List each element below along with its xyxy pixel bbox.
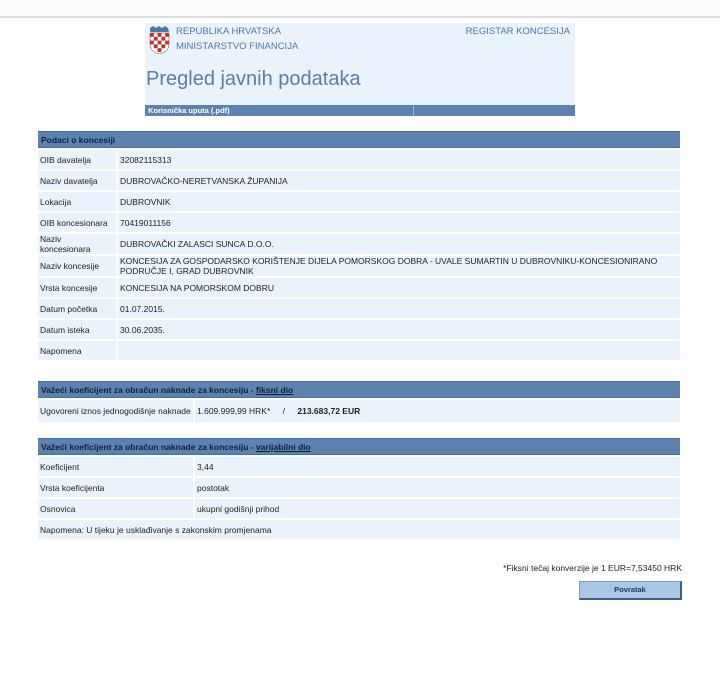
coat-of-arms-icon <box>149 26 170 54</box>
table-row: Koeficijent3,44 <box>38 457 680 476</box>
row-label: OIB koncesionara <box>38 213 118 232</box>
table-row: LokacijaDUBROVNIK <box>38 192 680 211</box>
browser-top-bar <box>0 0 720 18</box>
row-label: Datum početka <box>38 299 118 318</box>
table-row: Napomena <box>38 341 680 360</box>
row-value: 3,44 <box>195 457 680 476</box>
table-row: Naziv koncesionaraDUBROVAČKI ZALASCI SUN… <box>38 234 680 254</box>
row-label: OIB davatelja <box>38 150 118 169</box>
row-label: Datum isteka <box>38 320 118 339</box>
page-title: Pregled javnih podataka <box>146 68 361 91</box>
row-value <box>118 341 680 360</box>
row-value: DUBROVNIK <box>118 192 680 211</box>
table-row: Osnovicaukupni godišnji prihod <box>38 499 680 518</box>
row-value: 32082115313 <box>118 150 680 169</box>
row-label: Naziv davatelja <box>38 171 118 190</box>
variable-part-link[interactable]: varijabilni dio <box>256 442 311 452</box>
table-row: Vrsta koeficijentapostotak <box>38 478 680 497</box>
fixed-fee-heading: Važeći koeficijent za obračun naknade za… <box>38 381 680 398</box>
row-value: 70419011156 <box>118 213 680 232</box>
row-value: KONCESIJA ZA GOSPODARSKO KORIŠTENJE DIJE… <box>118 256 680 276</box>
row-value: KONCESIJA NA POMORSKOM DOBRU <box>118 278 680 297</box>
back-button[interactable]: Povratak <box>579 581 682 600</box>
table-row: OIB koncesionara70419011156 <box>38 213 680 232</box>
registry-name: REGISTAR KONCESIJA <box>466 26 570 37</box>
org-name-line1: REPUBLIKA HRVATSKA <box>176 26 281 37</box>
row-label: Naziv koncesionara <box>38 234 118 254</box>
concession-data-table: Podaci o koncesiji OIB davatelja32082115… <box>38 129 680 362</box>
variable-fee-heading: Važeći koeficijent za obračun naknade za… <box>38 438 680 455</box>
variable-note: Napomena: U tijeku je usklađivanje s zak… <box>38 520 680 539</box>
table-row: Napomena: U tijeku je usklađivanje s zak… <box>38 520 680 539</box>
table-row: Vrsta koncesijeKONCESIJA NA POMORSKOM DO… <box>38 278 680 297</box>
amount-hrk: 1.609.999,99 HRK* <box>197 406 270 416</box>
user-manual-link[interactable]: Korisnička uputa (.pdf) <box>145 105 414 116</box>
page-header: REPUBLIKA HRVATSKA MINISTARSTVO FINANCIJ… <box>145 23 575 116</box>
row-label: Osnovica <box>38 499 195 518</box>
row-value: 01.07.2015. <box>118 299 680 318</box>
row-label: Vrsta koncesije <box>38 278 118 297</box>
row-value: 30.06.2035. <box>118 320 680 339</box>
row-value: DUBROVAČKI ZALASCI SUNCA D.O.O. <box>118 234 680 254</box>
row-label: Vrsta koeficijenta <box>38 478 195 497</box>
row-label: Naziv koncesije <box>38 256 118 276</box>
table-row: OIB davatelja32082115313 <box>38 150 680 169</box>
fixed-part-link[interactable]: fiksni dio <box>256 385 293 395</box>
row-label: Koeficijent <box>38 457 195 476</box>
row-label: Napomena <box>38 341 118 360</box>
variable-fee-table: Važeći koeficijent za obračun naknade za… <box>38 436 680 541</box>
table-row: Datum početka01.07.2015. <box>38 299 680 318</box>
org-name-line2: MINISTARSTVO FINANCIJA <box>176 41 298 52</box>
fixed-fee-label: Ugovoreni iznos jednogodišnje naknade <box>38 400 195 422</box>
fixed-fee-table: Važeći koeficijent za obračun naknade za… <box>38 379 680 424</box>
amount-eur: 213.683,72 EUR <box>297 406 360 416</box>
header-nav-bar: Korisnička uputa (.pdf) <box>145 105 575 116</box>
row-value: postotak <box>195 478 680 497</box>
table-row: Datum isteka30.06.2035. <box>38 320 680 339</box>
row-value: DUBROVAČKO-NERETVANSKA ŽUPANIJA <box>118 171 680 190</box>
table-row: Ugovoreni iznos jednogodišnje naknade 1.… <box>38 400 680 422</box>
row-value: ukupni godišnji prihod <box>195 499 680 518</box>
table-row: Naziv davateljaDUBROVAČKO-NERETVANSKA ŽU… <box>38 171 680 190</box>
row-label: Lokacija <box>38 192 118 211</box>
concession-data-heading: Podaci o koncesiji <box>38 131 680 148</box>
conversion-rate-note: *Fiksni tečaj konverzije je 1 EUR=7,5345… <box>503 563 682 573</box>
table-row: Naziv koncesijeKONCESIJA ZA GOSPODARSKO … <box>38 256 680 276</box>
fixed-fee-value: 1.609.999,99 HRK* / 213.683,72 EUR <box>195 400 680 422</box>
